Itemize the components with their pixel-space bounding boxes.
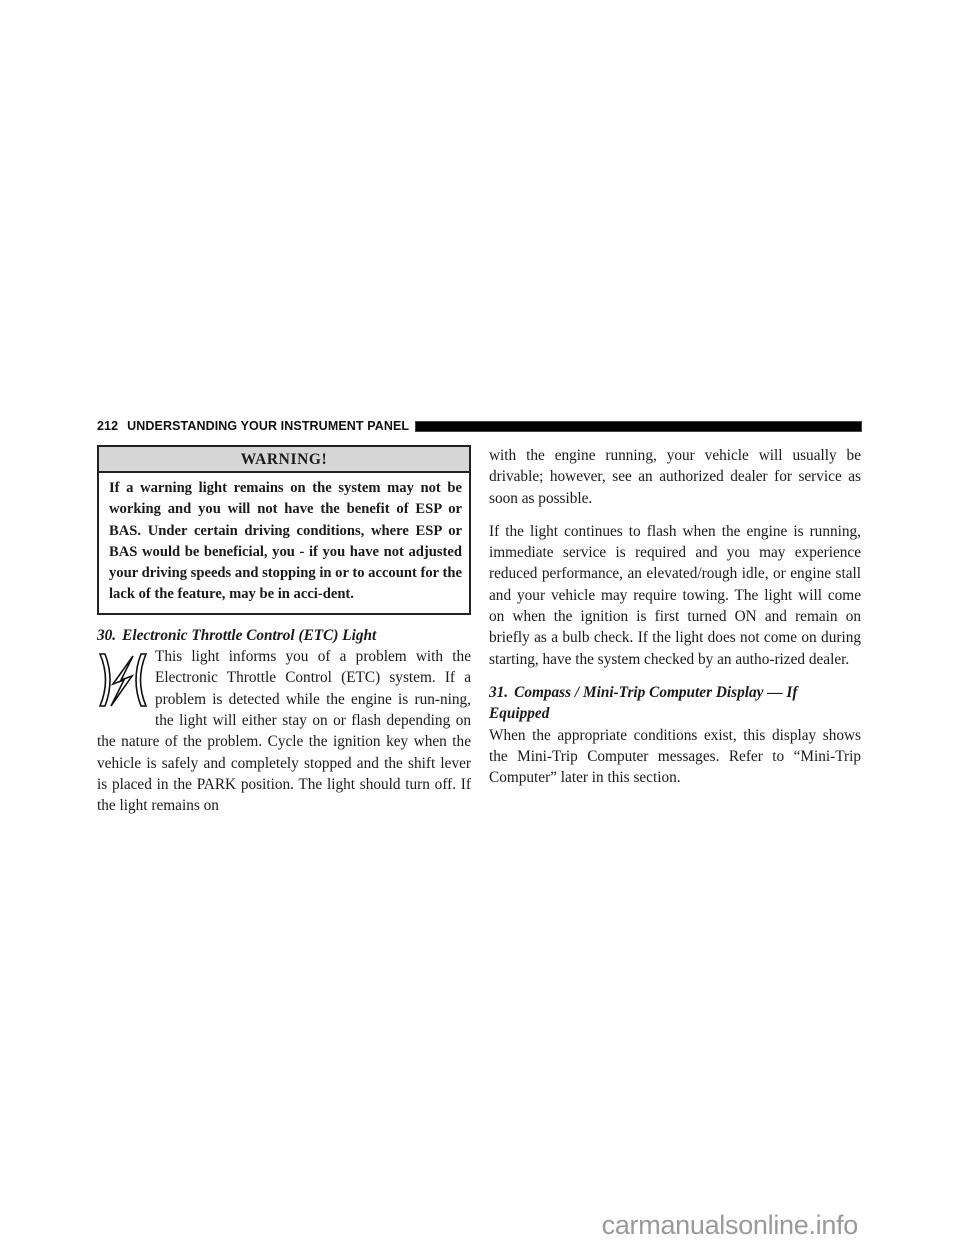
page-number: 212 <box>97 419 118 433</box>
item-30-title: Electronic Throttle Control (ETC) Light <box>122 627 376 644</box>
item-30-number: 30. <box>97 627 116 644</box>
etc-lightning-icon <box>97 650 149 710</box>
left-column: WARNING! If a warning light remains on t… <box>97 445 471 816</box>
warning-box: WARNING! If a warning light remains on t… <box>97 445 471 615</box>
item-31-number: 31. <box>489 684 508 701</box>
section-title: UNDERSTANDING YOUR INSTRUMENT PANEL <box>127 419 409 433</box>
watermark: carmanualsonline.info <box>602 1210 858 1241</box>
header-rule-bar <box>415 421 862 432</box>
item-31-heading: 31.Compass / Mini-Trip Computer Display … <box>489 682 861 725</box>
item-30-heading: 30.Electronic Throttle Control (ETC) Lig… <box>97 625 471 646</box>
warning-title: WARNING! <box>99 447 469 473</box>
warning-text: If a warning light remains on the system… <box>99 473 469 613</box>
item-31-title: Compass / Mini-Trip Computer Display — I… <box>489 684 797 722</box>
page-header: 212 UNDERSTANDING YOUR INSTRUMENT PANEL <box>97 418 862 434</box>
item-30-continued-paragraph-1: with the engine running, your vehicle wi… <box>489 445 861 509</box>
item-30-continued-paragraph-2: If the light continues to flash when the… <box>489 521 861 670</box>
item-30-body: This light informs you of a problem with… <box>97 646 471 816</box>
item-31-paragraph: When the appropriate conditions exist, t… <box>489 725 861 789</box>
item-30-paragraph: This light informs you of a problem with… <box>97 646 471 816</box>
right-column: with the engine running, your vehicle wi… <box>489 445 861 788</box>
